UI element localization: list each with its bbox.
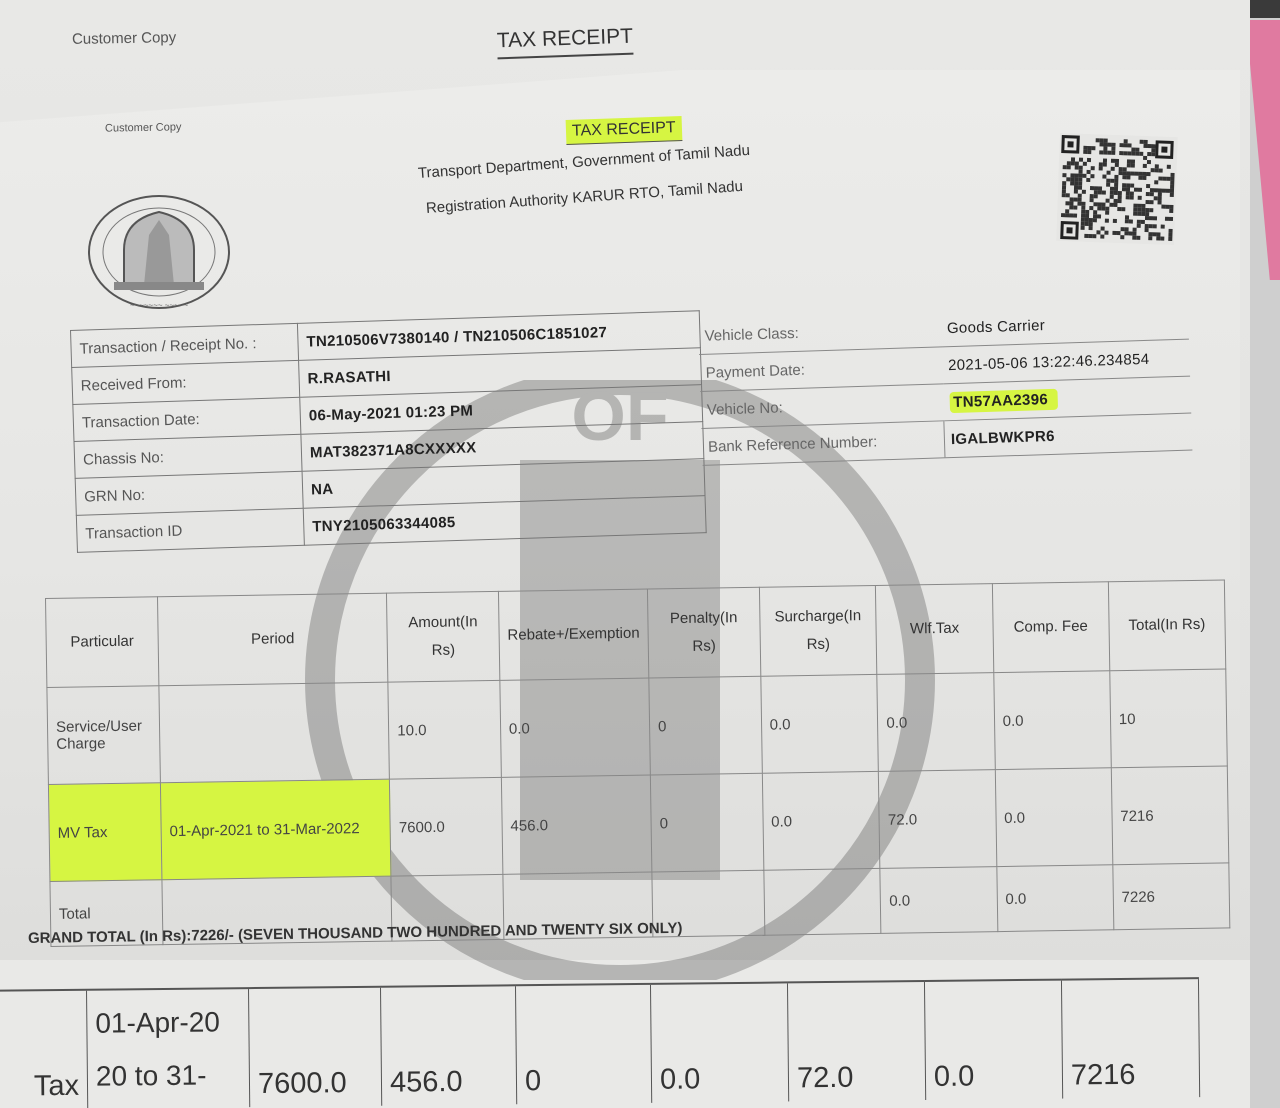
info-label: Bank Reference Number: (701, 421, 945, 466)
background-pink-object (1246, 20, 1280, 280)
col-rebate: Rebate+/Exemption (498, 589, 649, 680)
receipt-info-table: Transaction / Receipt No. :TN210506V7380… (70, 310, 707, 553)
fee-comp-fee: 0.0 (996, 865, 1113, 932)
lower-amount: 7600.0 (248, 987, 381, 1108)
fee-surcharge: 0.0 (760, 674, 878, 773)
tamil-nadu-emblem-icon: ~~~~~~~ ~~~~~ (84, 190, 234, 315)
fee-total: 7226 (1113, 863, 1230, 930)
lower-fee-row: Tax 01-Apr-20 20 to 31- 7600.0 456.0 0 0… (0, 977, 1200, 1108)
fee-amount: 7600.0 (390, 777, 503, 876)
front-title: TAX RECEIPT (566, 116, 683, 145)
lower-penalty: 0 (515, 984, 651, 1105)
lower-surcharge: 0.0 (650, 982, 788, 1103)
lower-comp-fee: 0.0 (924, 980, 1062, 1101)
fee-row-service-charge: Service/User Charge 10.0 0.0 0 0.0 0.0 0… (47, 669, 1227, 785)
fee-rebate: 0.0 (500, 678, 651, 777)
fee-row-mv-tax: MV Tax 01-Apr-2021 to 31-Mar-2022 7600.0… (48, 766, 1228, 882)
col-comp-fee: Comp. Fee (992, 582, 1110, 673)
lower-period-line1: 01-Apr-20 (95, 1006, 220, 1038)
back-copy-label: Customer Copy (72, 29, 176, 48)
svg-text:~~~~~~~ ~~~~~: ~~~~~~~ ~~~~~ (130, 301, 189, 310)
fee-rebate: 456.0 (501, 775, 652, 874)
fee-particular: Service/User Charge (47, 686, 160, 785)
fee-comp-fee: 0.0 (993, 671, 1111, 770)
col-amount: Amount(In Rs) (387, 591, 500, 682)
fee-wlf-tax: 0.0 (880, 867, 997, 934)
vehicle-info-table: Vehicle Class:Goods Carrier Payment Date… (698, 303, 1192, 466)
fee-comp-fee: 0.0 (995, 768, 1113, 867)
fee-period (159, 682, 390, 783)
col-total: Total(In Rs) (1108, 580, 1226, 671)
fee-penalty: 0 (649, 676, 762, 775)
lower-wlf-tax: 72.0 (787, 981, 925, 1102)
fee-particular: MV Tax (48, 783, 161, 882)
front-copy-label: Customer Copy (105, 121, 182, 134)
lower-receipt-sheet: Tax 01-Apr-20 20 to 31- 7600.0 456.0 0 0… (0, 960, 1250, 1108)
fee-surcharge: 0.0 (762, 771, 880, 870)
lower-rebate: 456.0 (380, 985, 516, 1106)
lower-period: 01-Apr-20 20 to 31- (87, 988, 250, 1108)
info-label: Transaction ID (76, 508, 304, 552)
lower-total: 7216 (1061, 978, 1199, 1099)
fee-total: 10 (1110, 669, 1228, 768)
vehicle-number-highlighted: TN57AA2396 (949, 388, 1058, 412)
fee-period: 01-Apr-2021 to 31-Mar-2022 (160, 779, 391, 880)
fee-amount: 10.0 (388, 680, 501, 779)
lower-period-line2: 20 to 31- (96, 1060, 207, 1092)
info-value: IGALBWKPR6 (944, 413, 1193, 458)
qr-code-icon (1056, 133, 1178, 245)
fee-table: Particular Period Amount(In Rs) Rebate+/… (45, 579, 1230, 946)
col-wlf-tax: Wlf.Tax (876, 584, 994, 675)
back-title: TAX RECEIPT (497, 25, 634, 60)
col-particular: Particular (46, 597, 159, 688)
fee-wlf-tax: 72.0 (879, 770, 997, 869)
lower-particular: Tax (0, 990, 88, 1108)
col-penalty: Penalty(In Rs) (647, 587, 760, 678)
col-period: Period (157, 593, 388, 686)
fee-wlf-tax: 0.0 (877, 673, 995, 772)
fee-total: 7216 (1111, 766, 1229, 865)
fee-penalty: 0 (650, 773, 763, 872)
fee-surcharge (763, 868, 881, 935)
col-surcharge: Surcharge(In Rs) (759, 585, 877, 676)
